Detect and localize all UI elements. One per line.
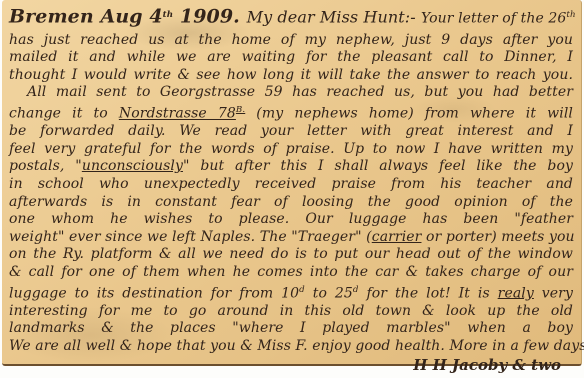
letter-text-segment: All mail sent to Georgstrasse 59 has rea…: [27, 84, 573, 100]
letter-text-segment: very: [534, 285, 573, 301]
letter-text-segment: weight" ever since we left Naples. The "…: [9, 229, 372, 245]
letter-text-segment: 1909.: [173, 6, 246, 28]
letter-text-segment: " but after this I shall always feel lik…: [183, 158, 573, 174]
letter-text-segment: mailed it and while we are waiting for t…: [9, 49, 573, 65]
letter-text-segment: has just reached us at the home of my ne…: [9, 32, 573, 48]
letter-text-segment: B.: [236, 105, 245, 115]
letter-line-8: feel very grateful for the words of prai…: [9, 141, 573, 159]
letter-line-19: We are all well & hope that you & Miss F…: [9, 338, 573, 356]
letter-line-16: luggage to its destination for from 10d …: [9, 282, 573, 303]
letter-line-18: landmarks & the places "where I played m…: [9, 320, 573, 338]
letter-text-segment: feel very grateful for the words of prai…: [9, 141, 573, 157]
letter-line-2: has just reached us at the home of my ne…: [9, 32, 573, 50]
letter-line-17: interesting for me to go around in this …: [9, 303, 573, 321]
letter-text-segment: Bremen Aug 4: [9, 6, 163, 28]
letter-line-1: Bremen Aug 4th 1909. My dear Miss Hunt:-…: [9, 3, 573, 32]
letter-line-13: weight" ever since we left Naples. The "…: [9, 229, 573, 247]
letter-text-segment: (my nephews home) from where it will: [245, 106, 573, 122]
letter-text-segment: or porter) meets you: [421, 229, 574, 245]
letter-text-segment: be forwarded daily. We read your letter …: [9, 123, 573, 139]
letter-line-12: one whom he wishes to please. Our luggag…: [9, 211, 573, 229]
postcard: Bremen Aug 4th 1909. My dear Miss Hunt:-…: [2, 0, 582, 366]
letter-text-segment: & call for one of them when he comes int…: [9, 264, 573, 280]
letter-text-segment: change it to: [9, 106, 119, 122]
postcard-scan: Bremen Aug 4th 1909. My dear Miss Hunt:-…: [0, 0, 584, 378]
letter-text-segment: postals, ": [9, 158, 82, 174]
letter-line-14: on the Ry. platform & all we need do is …: [9, 246, 573, 264]
letter-text-segment: My dear Miss Hunt:-: [247, 8, 421, 27]
letter-line-10: in school who unexpectedly received prai…: [9, 176, 573, 194]
letter-line-11: afterwards is in constant fear of loosin…: [9, 194, 573, 212]
letter-text-segment: one whom he wishes to please. Our luggag…: [9, 211, 573, 227]
letter-text-segment: in school who unexpectedly received prai…: [9, 176, 573, 192]
letter-line-7: be forwarded daily. We read your letter …: [9, 123, 573, 141]
letter-line-4: thought I would write & see how long it …: [9, 67, 573, 85]
letter-line-15: & call for one of them when he comes int…: [9, 264, 573, 282]
letter-text-segment: Nordstrasse 78: [119, 106, 236, 122]
letter-text-segment: on the Ry. platform & all we need do is …: [9, 246, 573, 262]
letter-text-segment: afterwards is in constant fear of loosin…: [9, 194, 573, 210]
letter-text-segment: carrier: [372, 229, 422, 245]
letter-text-segment: unconsciously: [82, 158, 183, 174]
letter-body: Bremen Aug 4th 1909. My dear Miss Hunt:-…: [9, 3, 573, 356]
letter-text-segment: th: [163, 10, 174, 20]
letter-text-segment: thought I would write & see how long it …: [9, 67, 573, 83]
letter-line-5: All mail sent to Georgstrasse 59 has rea…: [9, 84, 573, 102]
letter-line-9: postals, "unconsciously" but after this …: [9, 158, 573, 176]
letter-text-segment: for the lot! It is: [359, 285, 498, 301]
letter-text-segment: realy: [498, 285, 534, 301]
letter-line-6: change it to Nordstrasse 78B. (my nephew…: [9, 102, 573, 123]
letter-text-segment: We are all well & hope that you & Miss F…: [9, 338, 584, 354]
letter-text-segment: th: [566, 10, 575, 20]
signature: H H Jacoby & two: [9, 356, 573, 375]
letter-line-3: mailed it and while we are waiting for t…: [9, 49, 573, 67]
letter-text-segment: to 25: [305, 285, 353, 301]
letter-text-segment: interesting for me to go around in this …: [9, 303, 573, 319]
letter-text-segment: Your letter of the 26: [421, 11, 566, 27]
letter-text-segment: landmarks & the places "where I played m…: [9, 320, 573, 336]
letter-text-segment: luggage to its destination for from 10: [9, 285, 299, 301]
